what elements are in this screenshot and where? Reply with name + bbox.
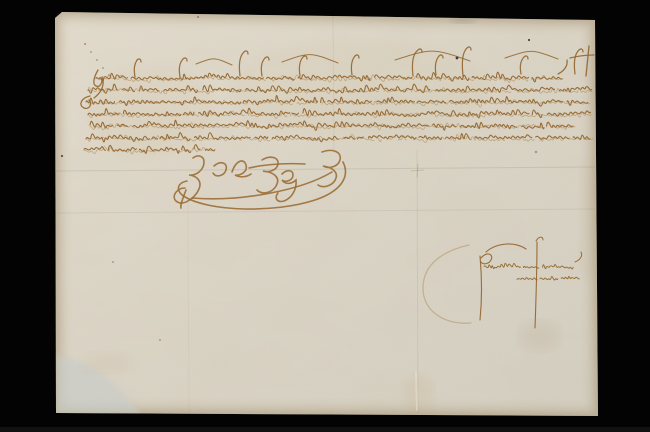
paper-speck [108, 74, 109, 75]
paper-speck [112, 261, 114, 263]
paper-surface-texture [40, 0, 610, 432]
photo-stage [0, 0, 650, 432]
paper-speck [197, 16, 199, 18]
manuscript-photo [0, 0, 650, 432]
paper-speck [96, 59, 98, 61]
fold-crease [416, 372, 417, 410]
paper-stain [82, 353, 134, 373]
paper-stain [520, 321, 560, 351]
paper-speck [456, 57, 459, 60]
paper-speck [102, 67, 104, 69]
paper-speck [61, 155, 63, 157]
paper-speck [159, 339, 161, 341]
paper-stain [88, 66, 212, 158]
paper-speck [90, 51, 92, 53]
paper-speck [84, 43, 86, 45]
paper-speck [528, 39, 530, 41]
table-edge-shadow [0, 427, 650, 432]
paper-speck [535, 151, 537, 153]
